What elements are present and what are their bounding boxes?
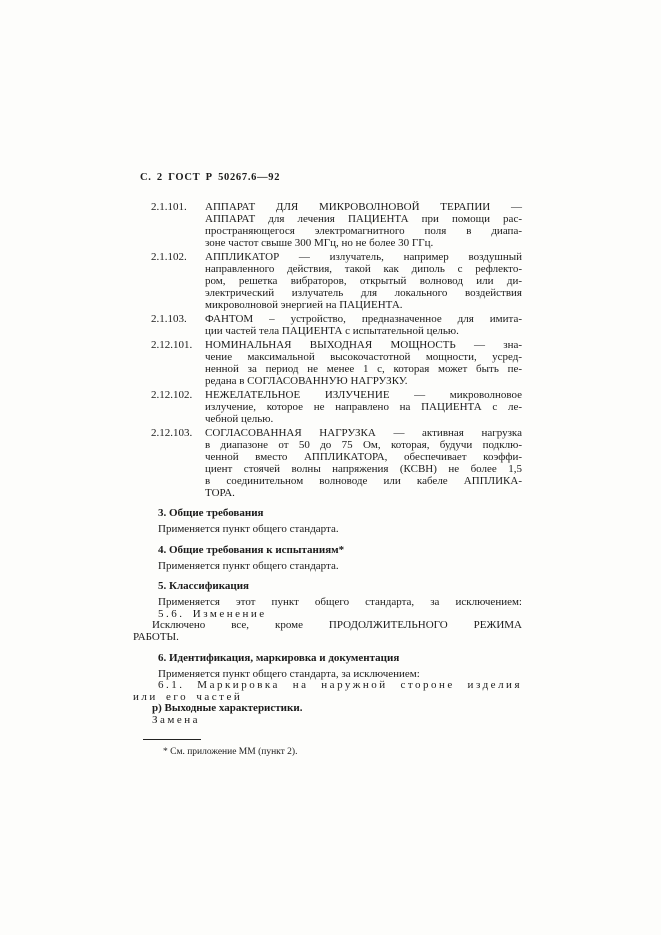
definition-line: пространяющегося электромагнитного поля … xyxy=(205,225,522,237)
definition-line: зоне частот свыше 300 МГц, но не более 3… xyxy=(205,237,522,249)
definition-line: редана в СОГЛАСОВАННУЮ НАГРУЗКУ. xyxy=(205,375,522,387)
definition-item: 2.12.101. НОМИНАЛЬНАЯ ВЫХОДНАЯ МОЩНОСТЬ … xyxy=(133,339,522,387)
definition-number: 2.12.101. xyxy=(133,339,205,387)
definition-line: циент стоячей волны напряжения (КСВН) не… xyxy=(205,463,522,475)
definition-line: АППЛИКАТОР — излучатель, например воздуш… xyxy=(205,251,522,263)
document-page: С. 2 ГОСТ Р 50267.6—92 2.1.101. АППАРАТ … xyxy=(0,0,661,935)
definition-item: 2.1.102. АППЛИКАТОР — излучатель, наприм… xyxy=(133,251,522,311)
section-general-requirements: 3. Общие требования Применяется пункт об… xyxy=(133,507,522,536)
paragraph-line: Исключено все, кроме ПРОДОЛЖИТЕЛЬНОГО РЕ… xyxy=(133,620,522,632)
definition-line: ТОРА. xyxy=(205,487,522,499)
section-heading: 6. Идентификация, маркировка и документа… xyxy=(133,652,522,665)
section-heading: 3. Общие требования xyxy=(133,507,522,520)
paragraph-line: Замена xyxy=(133,715,522,727)
definition-line: микроволновой энергией на ПАЦИЕНТА. xyxy=(205,299,522,311)
paragraph-line: РАБОТЫ. xyxy=(133,632,522,644)
section-identification-marking: 6. Идентификация, маркировка и документа… xyxy=(133,652,522,727)
definition-line: ФАНТОМ – устройство, предназначенное для… xyxy=(205,313,522,325)
definition-text: СОГЛАСОВАННАЯ НАГРУЗКА — активная нагруз… xyxy=(205,427,522,499)
definition-line: НЕЖЕЛАТЕЛЬНОЕ ИЗЛУЧЕНИЕ — микроволновое xyxy=(205,389,522,401)
definition-text: АППЛИКАТОР — излучатель, например воздуш… xyxy=(205,251,522,311)
definition-line: ции частей тела ПАЦИЕНТА с испытательной… xyxy=(205,325,522,337)
definition-line: НОМИНАЛЬНАЯ ВЫХОДНАЯ МОЩНОСТЬ — зна- xyxy=(205,339,522,351)
section-test-requirements: 4. Общие требования к испытаниям* Примен… xyxy=(133,544,522,573)
footnote-text: * См. приложение ММ (пункт 2). xyxy=(133,747,522,758)
section-classification: 5. Классификация Применяется этот пункт … xyxy=(133,580,522,643)
definition-text: НОМИНАЛЬНАЯ ВЫХОДНАЯ МОЩНОСТЬ — зна- чен… xyxy=(205,339,522,387)
footnote-divider xyxy=(143,739,201,740)
definition-line: электрический излучатель для локального … xyxy=(205,287,522,299)
definition-line: ром, решетка вибраторов, открытый волнов… xyxy=(205,275,522,287)
definition-line: излучение, которое не направлено на ПАЦИ… xyxy=(205,401,522,413)
definition-line: ченной вместо АППЛИКАТОРА, обеспечивает … xyxy=(205,451,522,463)
definition-text: АППАРАТ ДЛЯ МИКРОВОЛНОВОЙ ТЕРАПИИ — АППА… xyxy=(205,201,522,249)
definition-number: 2.12.103. xyxy=(133,427,205,499)
definitions-list: 2.1.101. АППАРАТ ДЛЯ МИКРОВОЛНОВОЙ ТЕРАП… xyxy=(133,201,522,499)
definition-item: 2.1.101. АППАРАТ ДЛЯ МИКРОВОЛНОВОЙ ТЕРАП… xyxy=(133,201,522,249)
definition-item: 2.12.102. НЕЖЕЛАТЕЛЬНОЕ ИЗЛУЧЕНИЕ — микр… xyxy=(133,389,522,425)
definition-number: 2.1.103. xyxy=(133,313,205,337)
definition-number: 2.12.102. xyxy=(133,389,205,425)
definition-item: 2.12.103. СОГЛАСОВАННАЯ НАГРУЗКА — актив… xyxy=(133,427,522,499)
definition-line: АППАРАТ ДЛЯ МИКРОВОЛНОВОЙ ТЕРАПИИ — xyxy=(205,201,522,213)
definition-line: в диапазоне от 50 до 75 Ом, которая, буд… xyxy=(205,439,522,451)
definition-number: 2.1.101. xyxy=(133,201,205,249)
definition-line: в соединительном волноводе или кабеле АП… xyxy=(205,475,522,487)
page-content: С. 2 ГОСТ Р 50267.6—92 2.1.101. АППАРАТ … xyxy=(133,172,522,758)
definition-line: СОГЛАСОВАННАЯ НАГРУЗКА — активная нагруз… xyxy=(205,427,522,439)
definition-text: ФАНТОМ – устройство, предназначенное для… xyxy=(205,313,522,337)
section-heading: 4. Общие требования к испытаниям* xyxy=(133,544,522,557)
definition-number: 2.1.102. xyxy=(133,251,205,311)
page-header: С. 2 ГОСТ Р 50267.6—92 xyxy=(133,172,522,184)
definition-item: 2.1.103. ФАНТОМ – устройство, предназнач… xyxy=(133,313,522,337)
definition-line: чение максимальной высокочастотной мощно… xyxy=(205,351,522,363)
definition-line: чебной целью. xyxy=(205,413,522,425)
definition-line: ненной за период не менее 1 с, которая м… xyxy=(205,363,522,375)
definition-line: АППАРАТ для лечения ПАЦИЕНТА при помощи … xyxy=(205,213,522,225)
paragraph-line: Применяется пункт общего стандарта. xyxy=(133,561,522,573)
definition-line: направленного действия, такой как диполь… xyxy=(205,263,522,275)
section-heading: 5. Классификация xyxy=(133,580,522,593)
paragraph-line: 6.1. Маркировка на наружной стороне изде… xyxy=(133,680,522,692)
paragraph-line: Применяется пункт общего стандарта. xyxy=(133,524,522,536)
definition-text: НЕЖЕЛАТЕЛЬНОЕ ИЗЛУЧЕНИЕ — микроволновое … xyxy=(205,389,522,425)
